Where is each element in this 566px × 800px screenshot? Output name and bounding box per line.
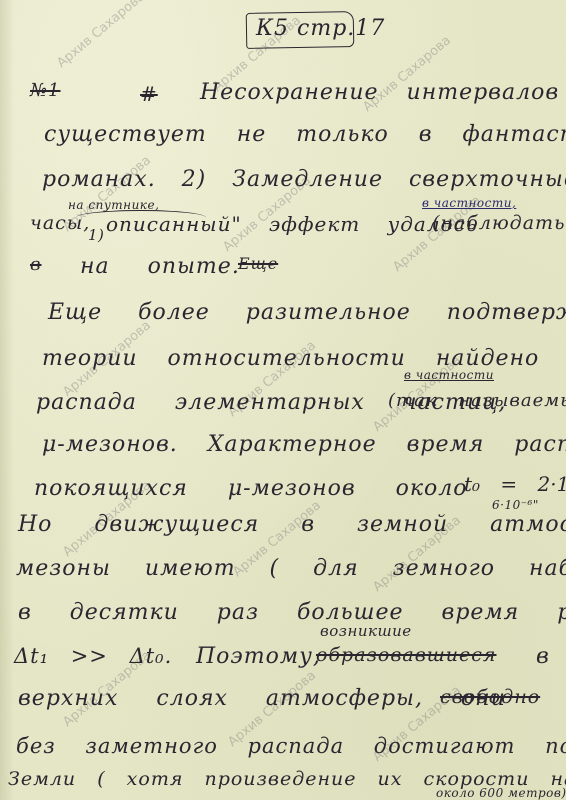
margin-mark: №1 [30, 80, 61, 101]
text-line: Поэтому, [196, 644, 321, 669]
text-line: мезоны имеют ( для земного наблюдателя) [16, 556, 566, 581]
text-line: описанный" эффект удалось [106, 212, 478, 236]
text-line: Но движущиеся в земной атмосфере [18, 512, 566, 537]
insertion-marker: 1) [88, 226, 104, 244]
text-line: Еще более разительное подтверждение [48, 300, 566, 325]
text-line: (наблюдать [432, 212, 565, 234]
insertion-text: в частности [404, 368, 494, 382]
insertion-text: возникшие [320, 622, 412, 640]
watermark: Архив Сахарова [54, 0, 148, 71]
text-line: покоящихся μ-мезонов около [34, 476, 468, 501]
struck-word: Еще [238, 254, 278, 273]
formula: t₀ = 2·10⁻⁶ сек [464, 472, 566, 496]
formula: Δt₁ >> Δt₀. [14, 644, 172, 668]
struck-word: свободно [440, 686, 540, 708]
manuscript-page: Архив Сахарова Архив Сахарова Архив Саха… [0, 0, 566, 800]
text-line: верхних слоях атмосферы, они [18, 686, 506, 711]
text-line: существует не только в фантастических [44, 122, 566, 147]
text-line: в десятки раз большее время распада [18, 600, 566, 625]
text-line: часы, [30, 212, 90, 234]
page-label: К5 стр.17 [256, 16, 385, 41]
text-line: (так называемых [388, 390, 566, 411]
margin-mark: # [140, 82, 158, 106]
insertion-text: в частности, [422, 196, 516, 210]
insertion-text: около 600 метров) [436, 786, 566, 800]
text-line: без заметного распада достигают поверхно… [16, 734, 566, 758]
struck-word: образовавшиеся [316, 644, 496, 666]
text-line: на опыте. [80, 254, 240, 279]
text-line: Несохранение интервалов времени [200, 80, 566, 105]
text-line: романах. 2) Замедление сверхточные „атом… [42, 167, 566, 192]
text-line: μ-мезонов. Характерное время распада [42, 432, 566, 457]
page-edge-shadow [0, 0, 14, 800]
text-line: в [536, 644, 550, 669]
margin-mark: в [30, 254, 41, 275]
margin-annotation: 6·10⁻⁶" [492, 498, 539, 512]
